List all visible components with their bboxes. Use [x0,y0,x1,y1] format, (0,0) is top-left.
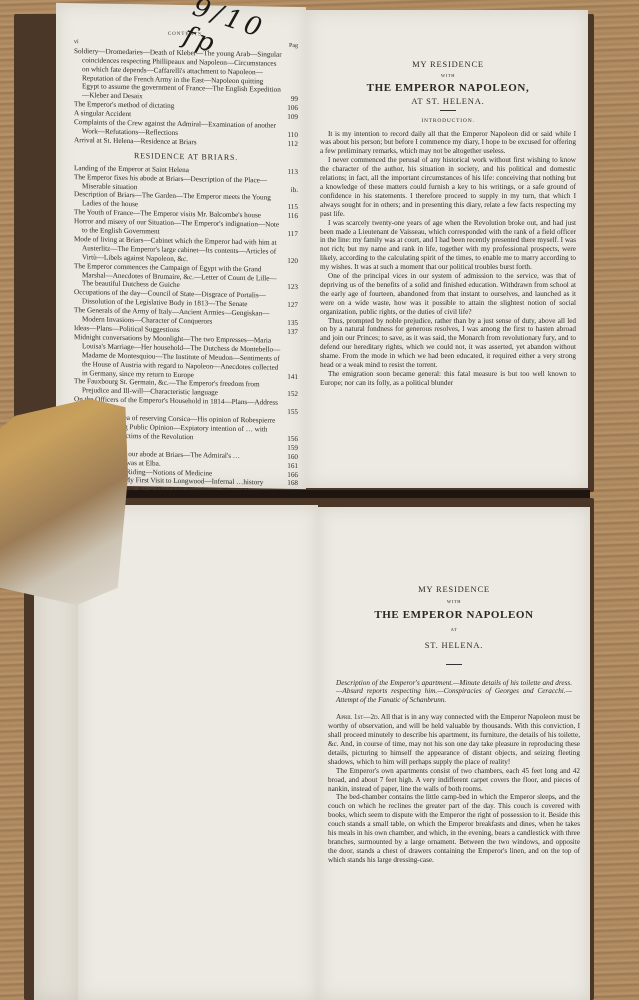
column-label: Pag [289,42,298,51]
paragraph: One of the principal vices in our system… [320,272,576,317]
chapter-summary: Description of the Emperor's apartment.—… [336,679,572,706]
toc-entry: Mode of living at Briars—Cabinet which t… [74,235,298,266]
book-title-line5: ST. HELENA. [328,641,580,650]
toc-entry-page: 152 [282,390,298,399]
book-title-line3: THE EMPEROR NAPOLEON, [320,84,576,93]
toc-entry-page: 113 [282,167,298,176]
toc-entry: The Emperor commences the Campaign of Eg… [74,262,298,293]
toc-entry: Midnight conversations by Moonlight—The … [74,333,298,381]
mineral-stone-paperweight [0,390,128,605]
top-book-right-page: MY RESIDENCE WITH THE EMPEROR NAPOLEON, … [306,10,588,488]
book-title-line4: AT [328,626,580,635]
toc-entry-page: 160 [282,452,298,461]
toc-entry-page: 166 [282,470,298,479]
toc-entry-page: 155 [282,408,298,417]
bottom-book-flyleaf [34,570,78,1000]
book-title-line2: WITH [328,598,580,607]
toc-entry-page: 123 [282,283,298,292]
book-title-line3: THE EMPEROR NAPOLEON [328,611,580,620]
toc-entry-page: 112 [282,140,298,149]
ornament-rule [440,110,456,111]
toc-entry-page: 159 [282,444,298,453]
section-heading: RESIDENCE AT BRIARS. [74,151,298,164]
page-number: vi [74,38,79,47]
date-lead: April 1st—2d. [336,713,379,721]
introduction-heading: INTRODUCTION. [320,117,576,126]
toc-entry-page: 116 [282,212,298,221]
toc-entry-page: 137 [282,328,298,337]
paragraph: I never commenced the perusal of any his… [320,156,576,218]
toc-entry-title: The Emperor commences the Campaign of Eg… [74,262,282,292]
paragraph: The bed-chamber contains the little camp… [328,793,580,864]
introduction-text: It is my intention to record daily all t… [320,130,576,388]
toc-entry-page: 115 [282,203,298,212]
toc-entry-page: 141 [282,372,298,381]
paragraph: I was scarcely twenty-one years of age w… [320,219,576,272]
toc-entry-title: Midnight conversations by Moonlight—The … [74,333,282,381]
toc-entry-page: 99 [282,95,298,104]
paragraph: It is my intention to record daily all t… [320,130,576,157]
toc-entry-page: 120 [282,257,298,266]
toc-entry-page: 161 [282,461,298,470]
book-title-line1: MY RESIDENCE [320,60,576,69]
toc-entry-page: 127 [282,301,298,310]
paragraph: The emigration soon became general: this… [320,370,576,388]
book-title-line4: AT ST. HELENA. [320,97,576,106]
book-title-line2: WITH [320,72,576,81]
table-of-contents-part1: Soldiery—Dromedaries—Death of Kleber—The… [74,47,298,149]
paragraph: The Emperor's own apartments consist of … [328,767,580,794]
toc-entry-page: 109 [282,113,298,122]
paragraph: Thus, prompted by noble prejudice, rathe… [320,317,576,370]
book-title-line1: MY RESIDENCE [328,585,580,594]
toc-entry-page: ib. [282,185,298,194]
toc-entry-title: Mode of living at Briars—Cabinet which t… [74,235,282,265]
toc-entry-title: Soldiery—Dromedaries—Death of Kleber—The… [74,47,282,104]
toc-entry-page: 110 [282,131,298,140]
bottom-book-right-page: MY RESIDENCE WITH THE EMPEROR NAPOLEON A… [318,507,590,1000]
toc-entry-page: 156 [282,435,298,444]
toc-entry-page: 135 [282,319,298,328]
toc-entry-page: 106 [282,104,298,113]
toc-entry: Soldiery—Dromedaries—Death of Kleber—The… [74,47,298,104]
toc-entry-page: 117 [282,230,298,239]
toc-entry-page: 168 [282,479,298,488]
ornament-rule [446,664,462,665]
